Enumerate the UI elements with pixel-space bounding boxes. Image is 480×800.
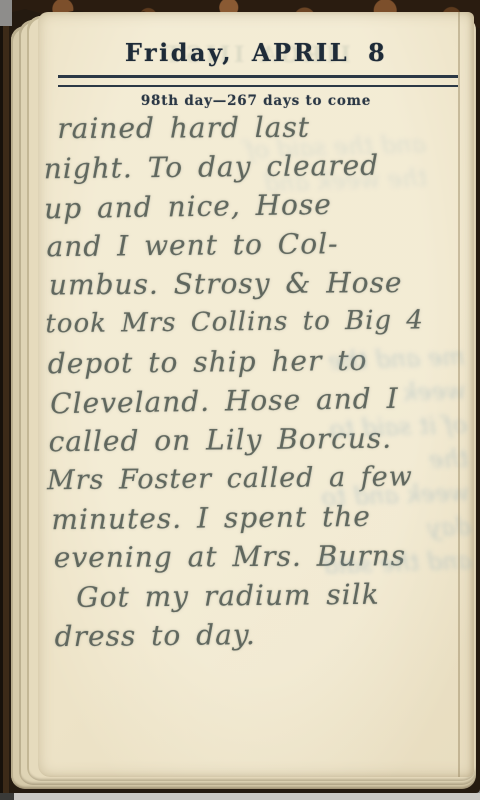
handwritten-line: depot to ship her to: [44, 340, 472, 383]
date-title: Friday, APRIL 8: [38, 38, 474, 67]
printed-header: Friday, APRIL 8 98th day—267 days to com…: [38, 38, 474, 109]
handwritten-entry: rained hard last night. To day cleared u…: [41, 106, 474, 656]
handwritten-line: called on Lily Borcus.: [44, 418, 472, 461]
double-rule: [58, 75, 458, 87]
scanned-photo: IIRGA IIIST Friday, APRIL 8 98th day—267…: [0, 0, 480, 800]
handwritten-line: and I went to Col-: [42, 223, 470, 266]
diary-page: IIRGA IIIST Friday, APRIL 8 98th day—267…: [38, 12, 474, 777]
handwritten-line: minutes. I spent the: [45, 496, 473, 539]
handwritten-line: took Mrs Collins to Big 4: [43, 301, 471, 344]
background-surface: [0, 0, 12, 26]
handwritten-line: night. To day cleared: [42, 145, 470, 188]
handwritten-line: Got my radium silk: [46, 574, 474, 617]
handwritten-line: umbus. Strosy & Hose: [43, 263, 471, 305]
handwritten-line: rained hard last: [41, 107, 469, 148]
handwritten-line: up and nice, Hose: [42, 183, 471, 229]
handwritten-line: Cleveland. Hose and I: [44, 378, 473, 424]
handwritten-line: evening at Mrs. Burns: [46, 536, 474, 577]
background-surface: [0, 793, 480, 800]
handwritten-line: Mrs Foster called a few: [45, 457, 473, 500]
page-edge-crease: [458, 12, 460, 777]
handwritten-line: dress to day.: [46, 613, 474, 656]
